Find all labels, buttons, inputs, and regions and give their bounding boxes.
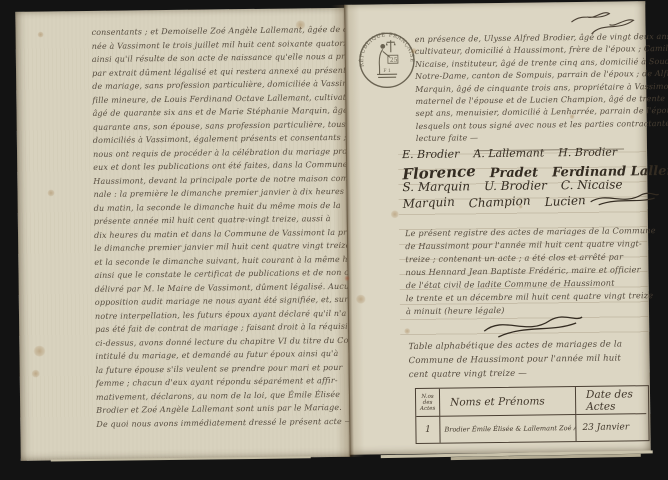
manuscript-line: lecture faite — (416, 131, 646, 146)
republique-francaise-fiscal-stamp-icon: RÉPUBLIQUE FRANÇAISE 25 F 1 (357, 30, 418, 91)
foxing-spot (47, 189, 54, 196)
table-row-date: 23 Janvier (576, 414, 646, 441)
signature: Marquin (402, 195, 455, 211)
signature: H. Brodier (558, 146, 617, 160)
binding-mark (345, 275, 350, 282)
signature: A. Lallemant (473, 146, 544, 160)
left-page: consentants ; et Demoiselle Zoé Angèle L… (15, 8, 349, 461)
scanned-register-image: consentants ; et Demoiselle Zoé Angèle L… (0, 0, 668, 480)
mayor-paraph-flourish-icon (589, 189, 661, 208)
foxing-spot (391, 210, 399, 218)
foxing-spot (411, 48, 417, 54)
column-header-act-number: N.os des Actes (416, 389, 440, 417)
book-spread: consentants ; et Demoiselle Zoé Angèle L… (15, 1, 650, 461)
right-page-manuscript: en présence de, Ulysse Alfred Brodier, â… (415, 32, 646, 146)
column-header-date: Date des Actes (576, 386, 646, 415)
table-row-act-number: 1 (416, 417, 440, 443)
manuscript-line: De quoi nous avons immédiatement dressé … (96, 416, 344, 433)
signatures-block: E. BrodierA. LallemantH. Brodier Florenc… (402, 145, 647, 212)
mayor-signature-flourish-icon (478, 310, 588, 341)
signature: Lucien (544, 193, 586, 209)
acts-index-table: N.os des Actes Noms et Prénoms Date des … (415, 385, 650, 444)
stamp-base-value: F 1 (384, 69, 392, 74)
header-line: Actes (420, 405, 435, 411)
signature: Florence (402, 162, 476, 183)
closing-statement: Le présent registre des actes de mariage… (405, 225, 648, 319)
signature: E. Brodier (402, 147, 459, 161)
foxing-spot (295, 20, 305, 29)
table-caption: Table alphabétique des actes de mariages… (408, 339, 650, 384)
foxing-spot (33, 346, 45, 357)
manuscript-line: cent quatre vingt treize — (409, 367, 651, 384)
left-page-manuscript: consentants ; et Demoiselle Zoé Angèle L… (92, 25, 345, 433)
foxing-spot (404, 328, 410, 334)
stamp-denomination: 25 (390, 57, 398, 64)
foxing-spot (570, 114, 575, 119)
foxing-spot (38, 32, 44, 38)
foxing-spot (519, 205, 523, 209)
table-row-names: Brodier Émile Élisée & Lallemant Zoé Ang… (440, 415, 576, 443)
signature: U. Brodier (484, 178, 547, 193)
foxing-spot (32, 370, 40, 378)
column-header-names: Noms et Prénoms (440, 387, 576, 417)
right-page: RÉPUBLIQUE FRANÇAISE 25 F 1 (344, 1, 650, 455)
